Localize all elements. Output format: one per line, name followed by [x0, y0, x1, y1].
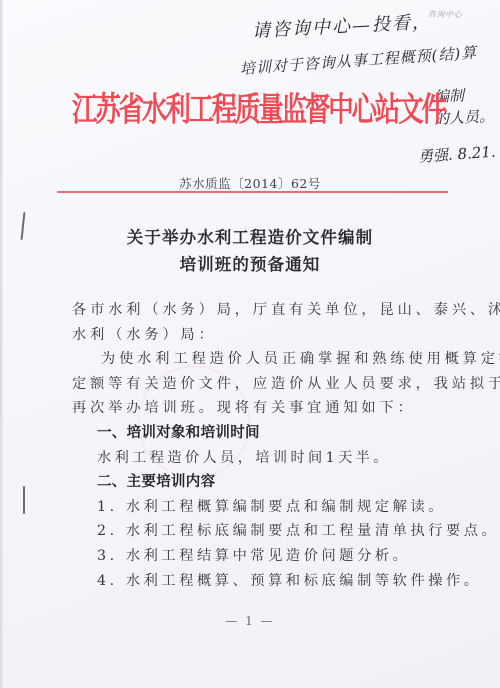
section1-text: 水利工程造价人员，培训时间1天半。 — [72, 446, 442, 471]
section1-heading: 一、培训对象和培训时间 — [72, 421, 442, 446]
page-number: — 1 — — [0, 614, 500, 628]
staple-mark-bottom — [23, 486, 25, 514]
notice-body: 各市水利（水务）局，厅直有关单位，昆山、泰兴、沭阳县（市） 水利（水务）局： 为… — [72, 298, 442, 593]
notice-title-line2: 培训班的预备通知 — [0, 251, 500, 278]
document-number: 苏水质监〔2014〕62号 — [0, 174, 500, 192]
handwritten-note-line1: 请咨询中心—投看， — [251, 8, 432, 43]
addressee-line: 各市水利（水务）局，厅直有关单位，昆山、泰兴、沭阳县（市） — [72, 298, 442, 323]
red-divider-line — [57, 191, 448, 193]
training-content-item: 3. 水利工程结算中常见造价问题分析。 — [72, 544, 442, 569]
handwritten-signature: 勇强. 8.21. — [417, 141, 496, 167]
intro-paragraph-line: 为使水利工程造价人员正确掌握和熟练使用概算定额、预算 — [72, 347, 442, 372]
handwritten-note-line2: 培训对于咨询从事工程概预(结)算 — [239, 41, 478, 79]
training-content-item: 2. 水利工程标底编制要点和工程量清单执行要点。 — [72, 519, 442, 544]
handwritten-corner-note: 咨询中心 — [428, 9, 462, 20]
intro-paragraph-line: 再次举办培训班。现将有关事宜通知如下： — [72, 396, 442, 421]
organization-red-header: 江苏省水利工程质量监督中心站文件 — [72, 84, 432, 131]
document-page: 请咨询中心—投看， 咨询中心 培训对于咨询从事工程概预(结)算 编制 的人员。 … — [0, 0, 500, 688]
page-left-edge — [0, 0, 3, 688]
notice-title-line1: 关于举办水利工程造价文件编制 — [0, 224, 500, 251]
training-content-item: 1. 水利工程概算编制要点和编制规定解读。 — [72, 495, 442, 520]
intro-paragraph-line: 定额等有关造价文件，应造价从业人员要求，我站拟于10月下旬 — [72, 372, 442, 397]
section2-heading: 二、主要培训内容 — [72, 470, 442, 495]
addressee-line: 水利（水务）局： — [72, 323, 442, 348]
training-content-item: 4. 水利工程概算、预算和标底编制等软件操作。 — [72, 569, 442, 594]
